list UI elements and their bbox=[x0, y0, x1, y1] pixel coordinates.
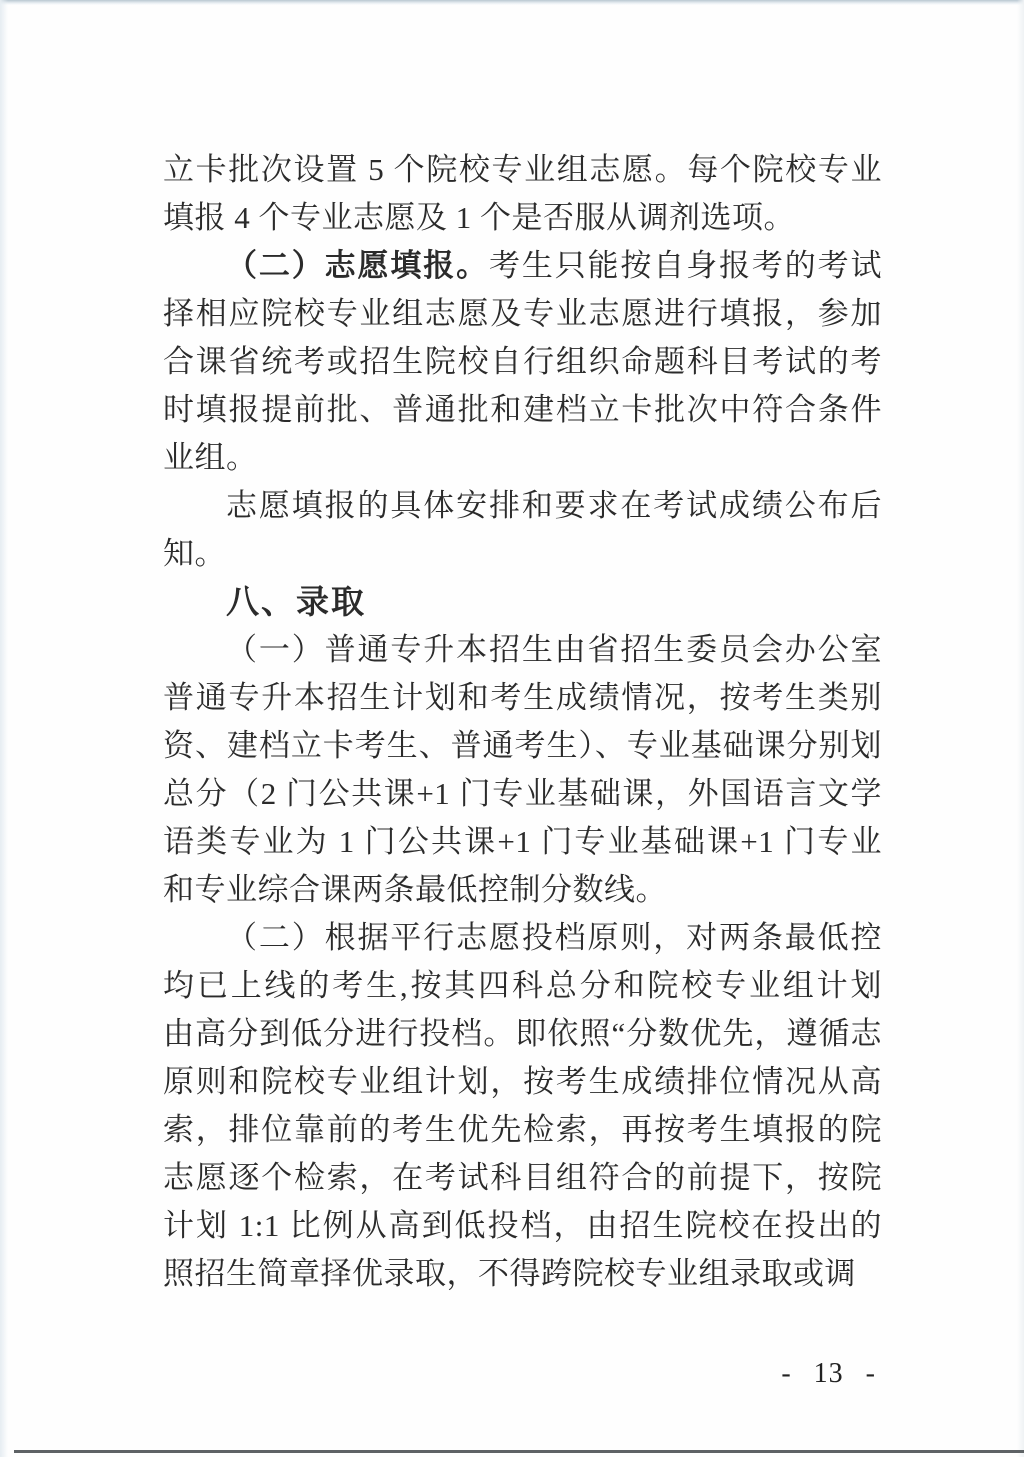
body-line: 志愿逐个检索，在考试科目组符合的前提下，按院校专业组 bbox=[163, 1154, 882, 1202]
scan-edge-right bbox=[1017, 0, 1024, 1457]
scan-edge-left bbox=[0, 0, 8, 1457]
body-line: 照招生简章择优录取，不得跨院校专业组录取或调剂。 bbox=[163, 1250, 882, 1298]
document-body: 立卡批次设置 5 个院校专业组志愿。每个院校专业组最多可 填报 4 个专业志愿及… bbox=[163, 146, 882, 1298]
body-line: 普通专升本招生计划和考生成绩情况，按考生类别（职教师 bbox=[163, 674, 882, 722]
body-line: 资、建档立卡考生、普通考生）、专业基础课分别划定三科 bbox=[163, 722, 882, 770]
body-line: 语类专业为 1 门公共课+1 门专业基础课+1 门专业课，下同） bbox=[163, 818, 882, 866]
body-line: 总分（2 门公共课+1 门专业基础课，外国语言文学类中非英 bbox=[163, 770, 882, 818]
body-line: （二）志愿填报。考生只能按自身报考的考试科目组选 bbox=[163, 242, 882, 290]
body-line: 立卡批次设置 5 个院校专业组志愿。每个院校专业组最多可 bbox=[163, 146, 882, 194]
body-line: 计划 1:1 比例从高到低投档，由招生院校在投出的考生中按 bbox=[163, 1202, 882, 1250]
body-line: 知。 bbox=[163, 530, 882, 578]
body-line: （一）普通专升本招生由省招生委员会办公室根据年度 bbox=[163, 626, 882, 674]
scan-edge-bottom bbox=[14, 1450, 1024, 1453]
body-line: 业组。 bbox=[163, 434, 882, 482]
body-line: 由高分到低分进行投档。即依照“分数优先，遵循志愿”的 bbox=[163, 1010, 882, 1058]
document-page: 立卡批次设置 5 个院校专业组志愿。每个院校专业组最多可 填报 4 个专业志愿及… bbox=[0, 0, 1024, 1457]
body-line: 合课省统考或招生院校自行组织命题科目考试的考生，可同 bbox=[163, 338, 882, 386]
section-heading: 八、录取 bbox=[163, 578, 882, 626]
body-line: 原则和院校专业组计划，按考生成绩排位情况从高到低检 bbox=[163, 1058, 882, 1106]
body-line: 和专业综合课两条最低控制分数线。 bbox=[163, 866, 882, 914]
body-line: （二）根据平行志愿投档原则，对两条最低控制分数线 bbox=[163, 914, 882, 962]
body-line: 择相应院校专业组志愿及专业志愿进行填报，参加了专业综 bbox=[163, 290, 882, 338]
body-line: 索，排位靠前的考生优先检索，再按考生填报的院校专业组 bbox=[163, 1106, 882, 1154]
body-line: 填报 4 个专业志愿及 1 个是否服从调剂选项。 bbox=[163, 194, 882, 242]
page-number: - 13 - bbox=[781, 1356, 876, 1392]
body-line: 志愿填报的具体安排和要求在考试成绩公布后另文通 bbox=[163, 482, 882, 530]
body-line: 均已上线的考生,按其四科总分和院校专业组计划 1:1 比例， bbox=[163, 962, 882, 1010]
scan-edge-top bbox=[0, 0, 1024, 5]
body-line: 时填报提前批、普通批和建档立卡批次中符合条件的院校专 bbox=[163, 386, 882, 434]
paragraph-lead-bold: （二）志愿填报。 bbox=[226, 248, 489, 283]
